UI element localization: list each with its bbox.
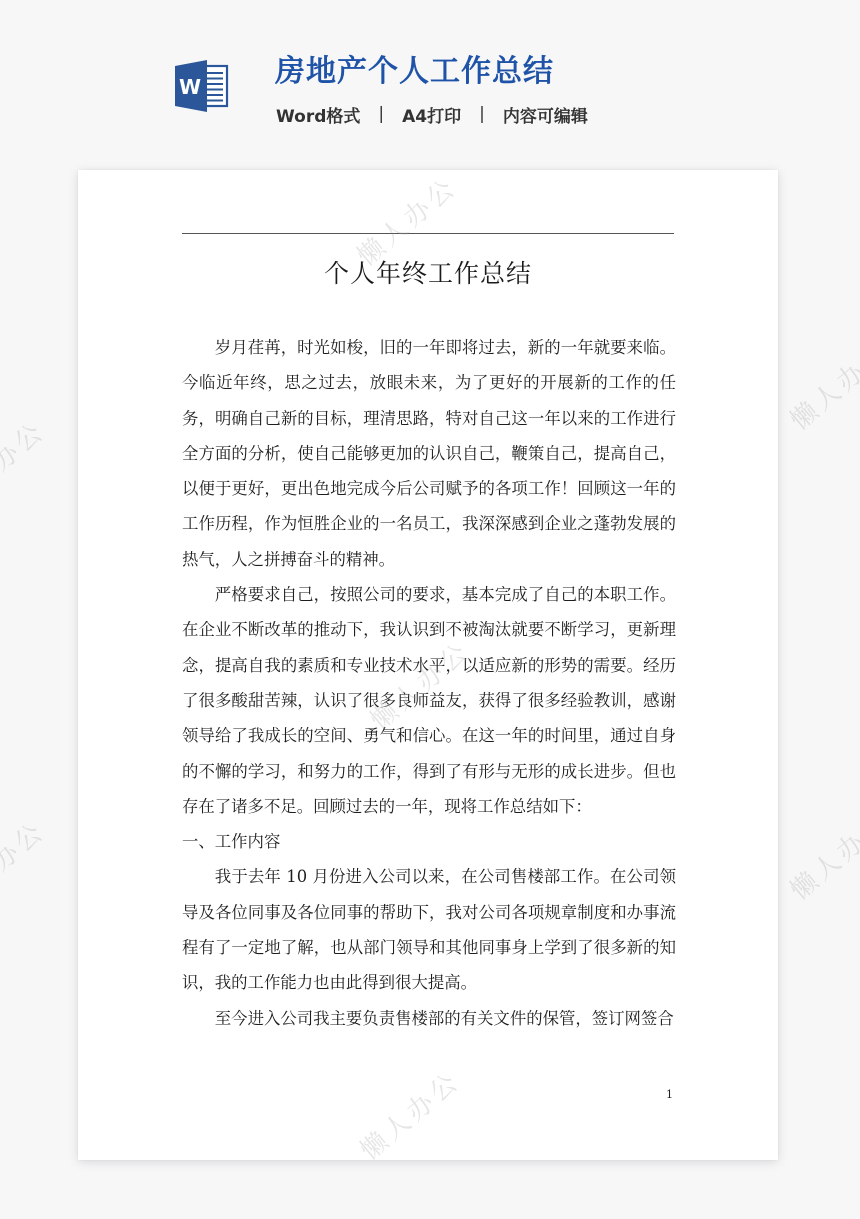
document-title: 个人年终工作总结: [78, 256, 778, 292]
tag-format: Word格式: [276, 102, 360, 127]
svg-text:W: W: [179, 75, 201, 99]
watermark: 懒人办公: [0, 812, 52, 917]
word-document-icon: W: [175, 60, 231, 112]
watermark: 懒人办公: [781, 802, 860, 907]
page-number: 1: [666, 1088, 673, 1101]
paragraph: 我于去年 10 月份进入公司以来，在公司售楼部工作。在公司领导及各位同事及各位同…: [182, 859, 676, 1000]
watermark: 懒人办公: [0, 412, 52, 517]
tag-print: A4打印: [402, 102, 461, 127]
header-rule: [182, 233, 674, 234]
header-title: 房地产个人工作总结: [275, 52, 554, 92]
header-tags: Word格式 | A4打印 | 内容可编辑: [276, 101, 588, 127]
paragraph: 至今进入公司我主要负责售楼部的有关文件的保管，签订网签合: [182, 1001, 676, 1036]
section-heading: 一、工作内容: [182, 824, 676, 859]
watermark: 懒人办公: [781, 332, 860, 437]
document-page: 个人年终工作总结 岁月荏苒，时光如梭，旧的一年即将过去，新的一年就要来临。今临近…: [78, 170, 778, 1160]
paragraph: 岁月荏苒，时光如梭，旧的一年即将过去，新的一年就要来临。今临近年终，思之过去，放…: [182, 330, 676, 577]
tag-separator: |: [378, 104, 384, 124]
document-body: 岁月荏苒，时光如梭，旧的一年即将过去，新的一年就要来临。今临近年终，思之过去，放…: [182, 330, 676, 1036]
header-banner: W 房地产个人工作总结 Word格式 | A4打印 | 内容可编辑: [0, 0, 860, 160]
paragraph: 严格要求自己，按照公司的要求，基本完成了自己的本职工作。在企业不断改革的推动下，…: [182, 577, 676, 824]
tag-separator: |: [479, 104, 485, 124]
tag-editable: 内容可编辑: [503, 102, 588, 127]
